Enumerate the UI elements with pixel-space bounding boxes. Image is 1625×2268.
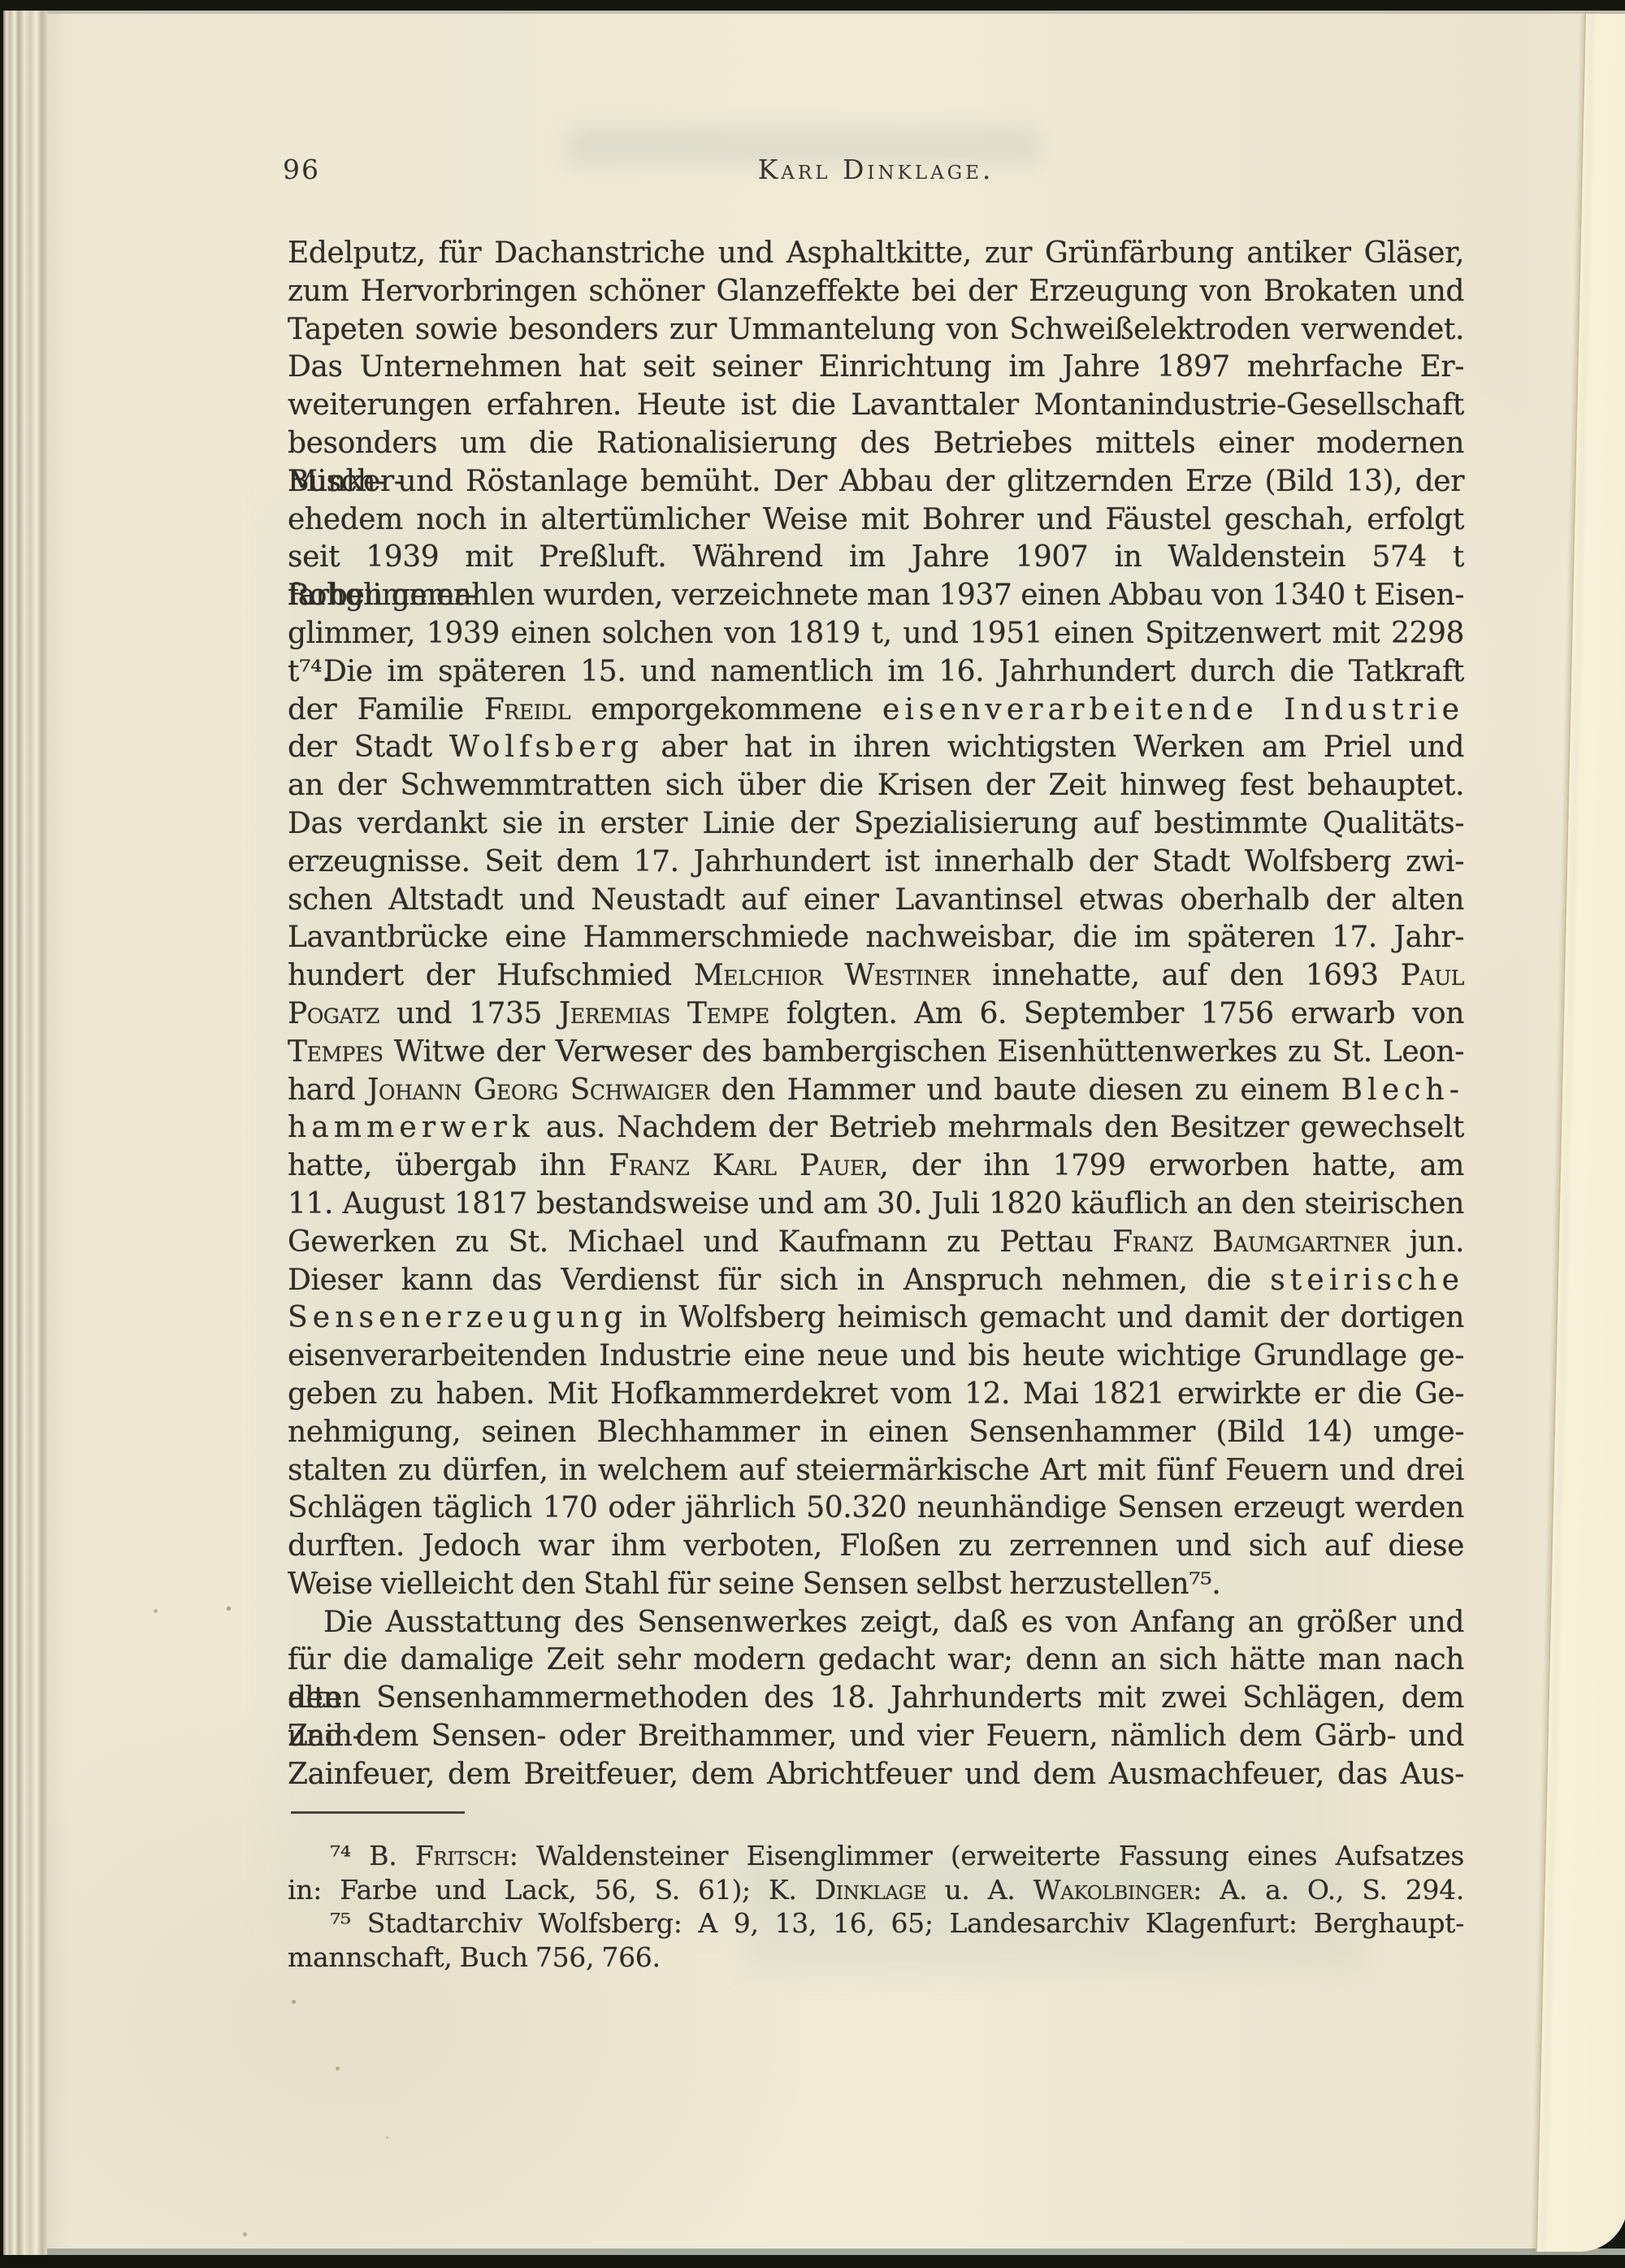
person-name: Franz Baumgartner [1112, 1225, 1390, 1259]
spaced-emphasis: hammerwerk [288, 1111, 535, 1144]
body-line: Die Ausstattung des Sensenwerkes zeigt, … [288, 1604, 1464, 1642]
body-line: nehmigung, seinen Blechhammer in einen S… [288, 1414, 1464, 1452]
body-line: und dem Sensen- oder Breithammer, und vi… [288, 1718, 1464, 1756]
person-name: Freidl [484, 693, 570, 726]
person-name: Paul [1401, 959, 1464, 992]
person-name: Johann Georg Schwaiger [367, 1073, 709, 1107]
person-name: Dinklage [815, 1874, 927, 1906]
spaced-emphasis: Sensenerzeugung [288, 1301, 627, 1334]
body-line: hundert der Hufschmied Melchior Westiner… [288, 957, 1464, 995]
body-line: Misch- und Röstanlage bemüht. Der Abbau … [288, 463, 1464, 501]
book-page-scan: 96 Karl Dinklage. Edelputz, für Dachanst… [0, 0, 1625, 2268]
footnote-line: ⁷⁴ B. Fritsch: Waldensteiner Eisenglimme… [288, 1839, 1464, 1873]
body-line: Zainfeuer, dem Breitfeuer, dem Abrichtfe… [288, 1756, 1464, 1794]
body-line: Die im späteren 15. und namentlich im 16… [288, 653, 1464, 692]
footnotes: ⁷⁴ B. Fritsch: Waldensteiner Eisenglimme… [288, 1839, 1464, 1974]
body-line: seit 1939 mit Preßluft. Während im Jahre… [288, 539, 1464, 577]
body-line: an der Schwemmtratten sich über die Kris… [288, 767, 1464, 805]
stacked-page-edges [3, 11, 50, 2255]
body-line: schen Altstadt und Neustadt auf einer La… [288, 882, 1464, 920]
body-line: für die damalige Zeit sehr modern gedach… [288, 1641, 1464, 1680]
body-line: der Familie Freidl emporgekommene eisenv… [288, 692, 1464, 730]
body-line: Schlägen täglich 170 oder jährlich 50.32… [288, 1490, 1464, 1528]
footnote-line: ⁷⁵ Stadtarchiv Wolfsberg: A 9, 13, 16, 6… [288, 1906, 1464, 1941]
footnote-line: mannschaft, Buch 756, 766. [288, 1941, 1464, 1975]
body-line: weiterungen erfahren. Heute ist die Lava… [288, 387, 1464, 425]
body-text: Edelputz, für Dachanstriche und Asphaltk… [288, 235, 1464, 1794]
body-line: ehedem noch in altertümlicher Weise mit … [288, 501, 1464, 540]
page: 96 Karl Dinklage. Edelputz, für Dachanst… [47, 11, 1625, 2255]
body-line: zum Hervorbringen schöner Glanzeffekte b… [288, 273, 1464, 311]
running-header: Karl Dinklage. [288, 154, 1464, 185]
body-line: durften. Jedoch war ihm verboten, Floßen… [288, 1528, 1464, 1566]
body-line: geben zu haben. Mit Hofkammerdekret vom … [288, 1376, 1464, 1414]
person-name: Tempes [288, 1035, 383, 1069]
body-line: Gewerken zu St. Michael und Kaufmann zu … [288, 1224, 1464, 1262]
body-line: Pogatz und 1735 Jeremias Tempe folgten. … [288, 995, 1464, 1034]
body-line: besonders um die Rationalisierung des Be… [288, 425, 1464, 463]
body-line: Das Unternehmen hat seit seiner Einricht… [288, 349, 1464, 387]
person-name: Melchior Westiner [694, 959, 970, 992]
body-line: Lavantbrücke eine Hammerschmiede nachwei… [288, 919, 1464, 957]
person-name: Franz Karl Pauer [609, 1149, 879, 1182]
body-line: Edelputz, für Dachanstriche und Asphaltk… [288, 235, 1464, 273]
spaced-emphasis: steirische [1270, 1264, 1464, 1297]
body-line: erzeugnisse. Seit dem 17. Jahrhundert is… [288, 843, 1464, 882]
body-line: 11. August 1817 bestandsweise und am 30.… [288, 1186, 1464, 1224]
body-line: farben gemahlen wurden, verzeichnete man… [288, 577, 1464, 615]
person-name: Pogatz [288, 997, 379, 1030]
body-line: eisenverarbeitenden Industrie eine neue … [288, 1338, 1464, 1376]
body-line: alten Sensenhammermethoden des 18. Jahrh… [288, 1680, 1464, 1718]
person-name: Wakolbinger [1033, 1874, 1194, 1906]
body-line: Tempes Witwe der Verweser des bambergisc… [288, 1034, 1464, 1072]
body-line: Dieser kann das Verdienst für sich in An… [288, 1262, 1464, 1300]
spaced-emphasis: Wolfsberg [449, 731, 643, 764]
body-line: Weise vielleicht den Stahl für seine Sen… [288, 1566, 1464, 1604]
body-line: hammerwerk aus. Nachdem der Betrieb mehr… [288, 1109, 1464, 1147]
person-name: Jeremias Tempe [559, 997, 769, 1030]
body-line: glimmer, 1939 einen solchen von 1819 t, … [288, 615, 1464, 653]
fore-edge-crease [1536, 14, 1625, 2252]
body-line: Tapeten sowie besonders zur Ummantelung … [288, 311, 1464, 349]
spaced-emphasis: Blech- [1341, 1073, 1464, 1107]
spaced-emphasis: eisenverarbeitende Industrie [882, 693, 1464, 726]
footnote-line: in: Farbe und Lack, 56, S. 61); K. Dinkl… [288, 1873, 1464, 1907]
body-line: der Stadt Wolfsberg aber hat in ihren wi… [288, 729, 1464, 767]
body-line: stalten zu dürfen, in welchem auf steier… [288, 1452, 1464, 1490]
body-line: hard Johann Georg Schwaiger den Hammer u… [288, 1072, 1464, 1110]
body-line: hatte, übergab ihn Franz Karl Pauer, der… [288, 1147, 1464, 1186]
body-line: Das verdankt sie in erster Linie der Spe… [288, 805, 1464, 843]
body-line: Sensenerzeugung in Wolfsberg heimisch ge… [288, 1299, 1464, 1338]
person-name: Fritsch [415, 1840, 509, 1871]
footnote-separator [291, 1811, 465, 1814]
paper-specks [47, 14, 50, 16]
